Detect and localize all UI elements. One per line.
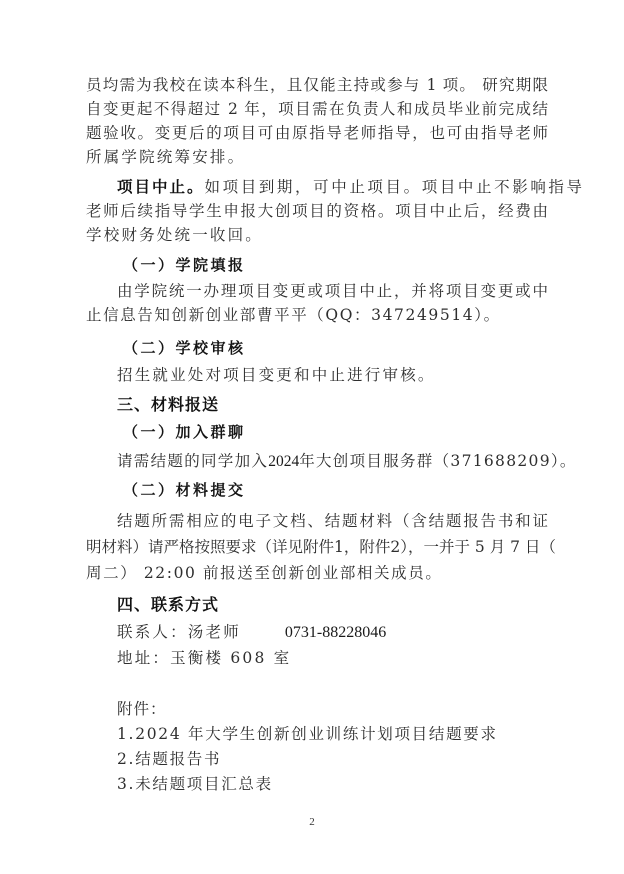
paragraph-line: 止信息告知创新创业部曹平平（QQ：347249514）。 — [86, 303, 548, 327]
attachments-label: 附件： — [117, 697, 548, 721]
paragraph-line: 招生就业处对项目变更和中止进行审核。 — [117, 363, 548, 387]
join-text-year: 2024 — [268, 453, 299, 470]
attachment-item: 3.未结题项目汇总表 — [117, 772, 548, 796]
subheading-join-group: （一）加入群聊 — [123, 420, 246, 444]
paragraph-line: 明材料）请严格按照要求（详见附件1，附件2），一并于 5 月 7 日（ — [86, 535, 548, 559]
paragraph-line: 项目中止。 如项目到期，可中止项目。项目中止不影响指导 — [117, 175, 548, 199]
attachment-item: 1.2024 年大学生创新创业训练计划项目结题要求 — [117, 722, 548, 746]
subheading-college-report: （一）学院填报 — [123, 253, 246, 277]
stop-text: 如项目到期，可中止项目。项目中止不影响指导 — [205, 175, 585, 199]
section-heading-materials: 三、材料报送 — [117, 393, 219, 417]
contact-line: 联系人：汤老师0731-88228046 — [117, 620, 548, 644]
paragraph-line: 由学院统一办理项目变更或项目中止，并将项目变更或中 — [117, 279, 548, 303]
contact-phone: 0731-88228046 — [285, 624, 386, 641]
page-number: 2 — [0, 816, 624, 828]
paragraph-line: 结题所需相应的电子文档、结题材料（含结题报告书和证 — [117, 509, 548, 533]
paragraph-line: 题验收。变更后的项目可由原指导老师指导，也可由指导老师 — [86, 121, 548, 145]
paragraph-line: 请需结题的同学加入2024年大创项目服务群（371688209）。 — [117, 449, 548, 473]
address-line: 地址：玉衡楼 608 室 — [117, 646, 548, 670]
paragraph-line: 自变更起不得超过 2 年，项目需在负责人和成员毕业前完成结 — [86, 97, 548, 121]
subheading-school-review: （二）学校审核 — [123, 336, 246, 360]
paragraph-line: 所属学院统筹安排。 — [86, 145, 548, 169]
paragraph-line: 老师后续指导学生申报大创项目的资格。项目中止后，经费由 — [86, 199, 548, 223]
paragraph-line: 周二） 22:00 前报送至创新创业部相关成员。 — [86, 561, 548, 585]
document-page: 员均需为我校在读本科生，且仅能主持或参与 1 项。 研究期限 自变更起不得超过 … — [0, 0, 624, 874]
contact-person: 联系人：汤老师 — [117, 623, 241, 641]
paragraph-line: 员均需为我校在读本科生，且仅能主持或参与 1 项。 研究期限 — [86, 73, 548, 97]
attachment-item: 2.结题报告书 — [117, 747, 548, 771]
subheading-submit-materials: （二）材料提交 — [123, 478, 246, 502]
section-heading-contact: 四、联系方式 — [117, 593, 219, 617]
stop-lead: 项目中止。 — [117, 175, 205, 199]
join-text-prefix: 请需结题的同学加入 — [117, 452, 268, 470]
paragraph-line: 学校财务处统一收回。 — [86, 223, 548, 247]
join-text-suffix: 年大创项目服务群（371688209）。 — [299, 452, 577, 470]
